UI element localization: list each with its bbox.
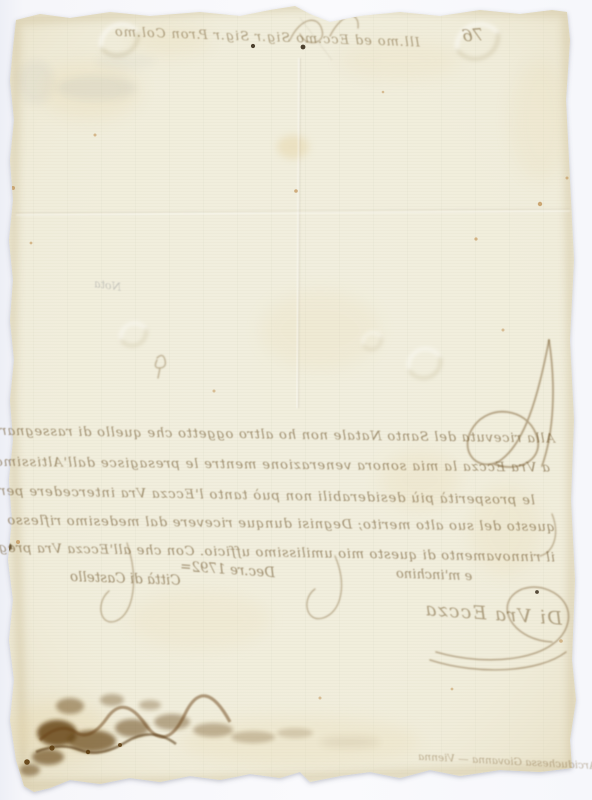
- paper-sheet: [0, 0, 592, 800]
- edge-vignette: [0, 0, 592, 800]
- scanned-letter-verso: Ill.mo ed Ecc.mo Sig.r Sig.r P.ron Col.m…: [0, 0, 592, 800]
